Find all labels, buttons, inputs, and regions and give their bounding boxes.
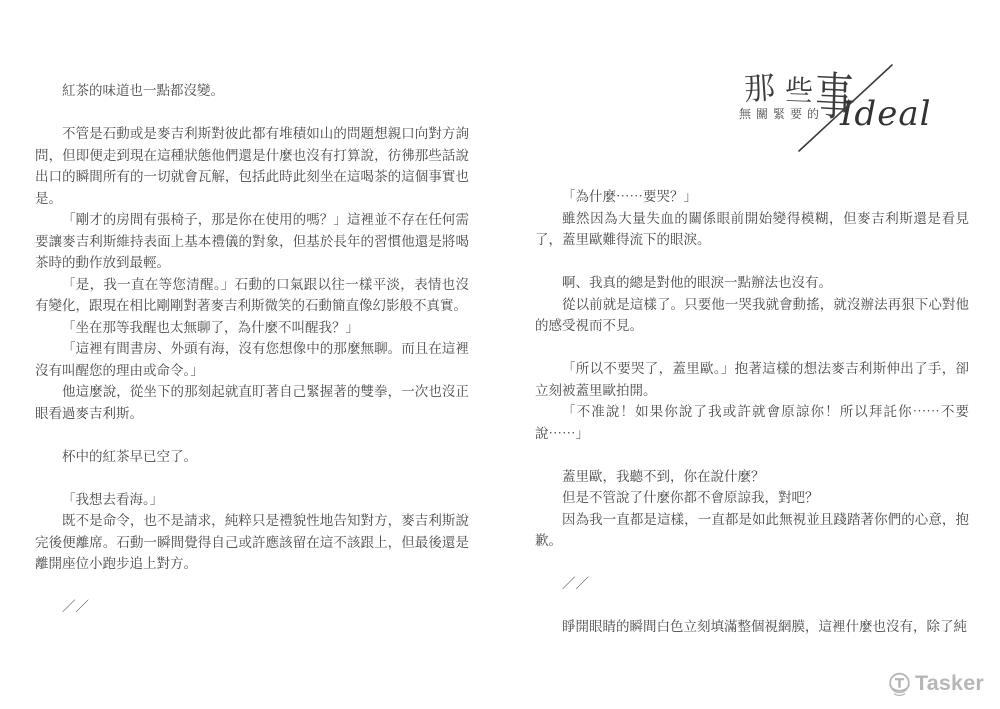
right-page: 「為什麼⋯⋯要哭？」雖然因為大量失血的關係眼前開始變得模糊，但麥吉利斯還是看見了… (535, 186, 969, 638)
paragraph-group: 杯中的紅茶早已空了。 (35, 446, 469, 468)
paragraph: 「這裡有間書房、外頭有海，沒有您想像中的那麼無聊。而且在這裡沒有叫醒您的理由或命… (35, 338, 469, 381)
paragraph: 雖然因為大量失血的關係眼前開始變得模糊，但麥吉利斯還是看見了，蓋里歐難得流下的眼… (535, 208, 969, 251)
paragraph: 「所以不要哭了，蓋里歐。」抱著這樣的想法麥吉利斯伸出了手，卻立刻被蓋里歐拍開。 (535, 358, 969, 401)
paragraph: 「坐在那等我醒也太無聊了，為什麼不叫醒我？」 (35, 317, 469, 339)
paragraph-group: 睜開眼睛的瞬間白色立刻填滿整個視網膜，這裡什麼也沒有，除了純 (535, 616, 969, 638)
paragraph: 「不准說！如果你說了我或許就會原諒你！所以拜託你⋯⋯不要說⋯⋯」 (535, 401, 969, 444)
paragraph: ／／ (535, 573, 969, 595)
paragraph-group: 紅茶的味道也一點都沒變。 (35, 80, 469, 102)
tasker-watermark: Tasker (887, 669, 984, 699)
paragraph: 從以前就是這樣了。只要他一哭我就會動搖，就沒辦法再狠下心對他的感受視而不見。 (535, 294, 969, 337)
paragraph-group: 蓋里歐，我聽不到，你在說什麼？但是不管說了什麼你都不會原諒我，對吧？因為我一直都… (535, 466, 969, 552)
paragraph-group: ／／ (535, 573, 969, 595)
paragraph: 啊、我真的總是對他的眼淚一點辦法也沒有。 (535, 272, 969, 294)
book-spread: 紅茶的味道也一點都沒變。不管是石動或是麥吉利斯對彼此都有堆積如山的問題想親口向對… (0, 0, 1000, 709)
tasker-watermark-label: Tasker (915, 673, 984, 695)
left-page: 紅茶的味道也一點都沒變。不管是石動或是麥吉利斯對彼此都有堆積如山的問題想親口向對… (35, 80, 469, 618)
paragraph-group: 「為什麼⋯⋯要哭？」雖然因為大量失血的關係眼前開始變得模糊，但麥吉利斯還是看見了… (535, 186, 969, 251)
paragraph-group: ／／ (35, 596, 469, 618)
tasker-logo-icon (887, 671, 912, 698)
paragraph-group: 「所以不要哭了，蓋里歐。」抱著這樣的想法麥吉利斯伸出了手，卻立刻被蓋里歐拍開。「… (535, 358, 969, 444)
paragraph: 蓋里歐，我聽不到，你在說什麼？ (535, 466, 969, 488)
paragraph: 紅茶的味道也一點都沒變。 (35, 80, 469, 102)
paragraph: 睜開眼睛的瞬間白色立刻填滿整個視網膜，這裡什麼也沒有，除了純 (535, 616, 969, 638)
paragraph: ／／ (35, 596, 469, 618)
paragraph: 「剛才的房間有張椅子，那是你在使用的嗎？」這裡並不存在任何需要讓麥吉利斯維持表面… (35, 209, 469, 274)
paragraph: 「為什麼⋯⋯要哭？」 (535, 186, 969, 208)
title-logo: 那 些 事 無關緊要的 Ideal (728, 56, 943, 168)
paragraph-group: 「我想去看海。」既不是命令，也不是請求，純粹只是禮貌性地告知對方，麥吉利斯說完後… (35, 489, 469, 575)
paragraph: 「我想去看海。」 (35, 489, 469, 511)
paragraph-group: 不管是石動或是麥吉利斯對彼此都有堆積如山的問題想親口向對方詢問，但即便走到現在這… (35, 123, 469, 424)
paragraph: 既不是命令，也不是請求，純粹只是禮貌性地告知對方，麥吉利斯說完後便離席。石動一瞬… (35, 510, 469, 575)
paragraph: 杯中的紅茶早已空了。 (35, 446, 469, 468)
paragraph-group: 啊、我真的總是對他的眼淚一點辦法也沒有。從以前就是這樣了。只要他一哭我就會動搖，… (535, 272, 969, 337)
paragraph: 他這麼說，從坐下的那刻起就直盯著自己緊握著的雙拳，一次也沒正眼看過麥吉利斯。 (35, 381, 469, 424)
paragraph: 不管是石動或是麥吉利斯對彼此都有堆積如山的問題想親口向對方詢問，但即便走到現在這… (35, 123, 469, 209)
paragraph: 因為我一直都是這樣，一直都是如此無視並且踐踏著你們的心意，抱歉。 (535, 509, 969, 552)
paragraph: 但是不管說了什麼你都不會原諒我，對吧？ (535, 487, 969, 509)
paragraph: 「是，我一直在等您清醒。」石動的口氣跟以往一樣平淡，表情也沒有變化，跟現在相比剛… (35, 274, 469, 317)
slash-stroke-icon (728, 56, 943, 168)
